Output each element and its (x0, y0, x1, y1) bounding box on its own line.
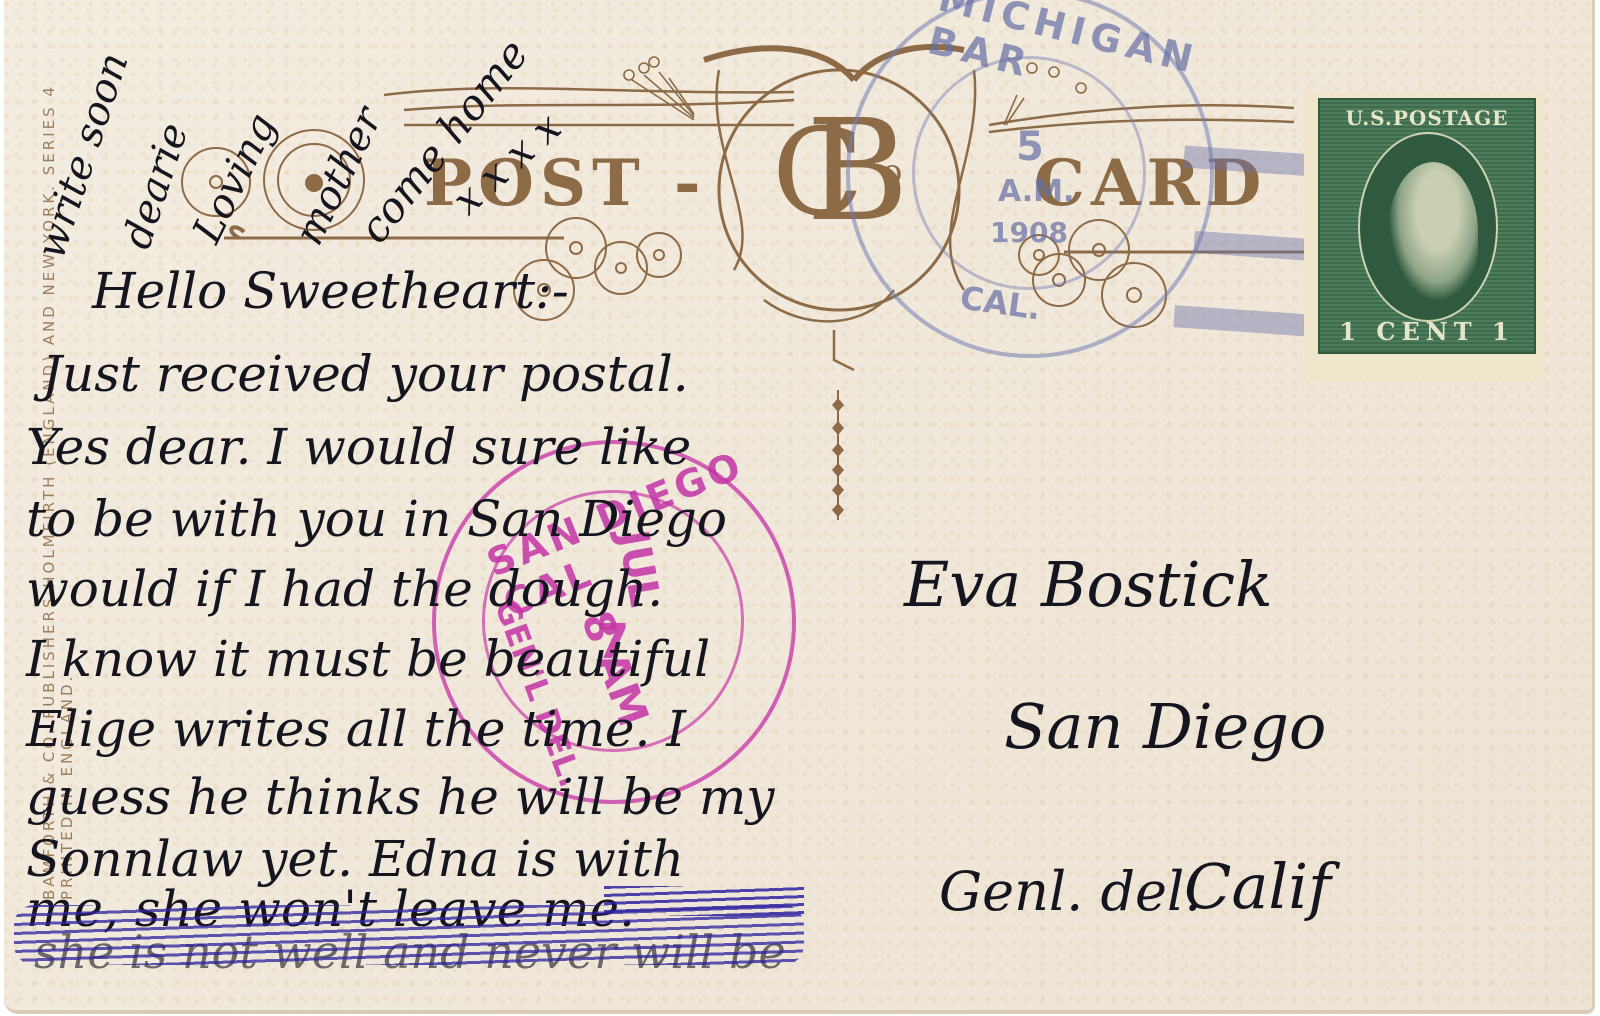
washington-portrait-icon (1388, 162, 1478, 302)
origin-postmark-year: 1908 (990, 216, 1068, 249)
stamp-denomination: 1 CENT 1 (1320, 317, 1534, 346)
origin-postmark-time: A.M. (998, 174, 1074, 209)
message-line: Hello Sweetheart:- (92, 262, 569, 320)
message-line: Just received your postal. (42, 345, 689, 403)
message-line: Yes dear. I would sure like (26, 418, 691, 476)
origin-postmark: MICHIGAN BAR 5 A.M. 1908 CAL. (846, 0, 1214, 358)
stamp-portrait-oval (1358, 132, 1498, 322)
message-line: guess he thinks he will be my (26, 768, 775, 826)
recipient-delivery: Genl. del. (939, 860, 1201, 923)
recipient-name: Eva Bostick (904, 548, 1273, 621)
stamp-top-text: U.S.POSTAGE (1320, 106, 1534, 130)
ink-scribble (604, 886, 804, 916)
postage-stamp: U.S.POSTAGE 1 CENT 1 (1304, 92, 1544, 382)
stamp-frame: U.S.POSTAGE 1 CENT 1 (1318, 98, 1536, 354)
origin-postmark-day: 5 (1016, 124, 1044, 170)
recipient-city: San Diego (1004, 690, 1326, 763)
message-line: would if I had the dough. (26, 560, 663, 618)
recipient-state: Calif (1184, 850, 1331, 923)
message-line: to be with you in San Diego (26, 490, 727, 548)
message-line: Elige writes all the time. I (26, 700, 686, 758)
message-line: I know it must be beautiful (26, 630, 710, 688)
postcard: POST - CARD C B o MICHIGAN BAR 5 A.M. 19… (4, 0, 1595, 1014)
